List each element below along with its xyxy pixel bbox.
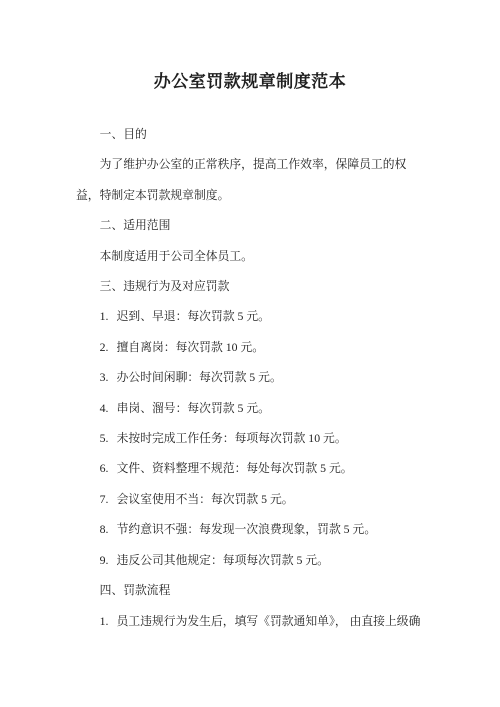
section-heading-purpose: 一、目的 [76,119,416,149]
list-item-text: 员工违规行为发生后，填写《罚款通知单》， 由直接上级确 [117,614,421,628]
list-item-number: 8. [100,514,117,544]
list-item-number: 1. [100,301,117,331]
list-item: 6.文件、资料整理不规范：每处每次罚款 5 元。 [76,453,440,483]
list-item: 4.串岗、溜号：每次罚款 5 元。 [76,393,440,423]
document-title: 办公室罚款规章制度范本 [76,67,424,97]
list-item-number: 1. [100,606,117,636]
section-heading-process: 四、罚款流程 [76,575,416,605]
list-item-number: 2. [100,332,117,362]
document-page: 办公室罚款规章制度范本 一、目的 为了维护办公室的正常秩序，提高工作效率，保障员… [0,0,500,707]
list-item-number: 6. [100,453,117,483]
document-body: 一、目的 为了维护办公室的正常秩序，提高工作效率，保障员工的权益，特制定本罚款规… [76,119,500,636]
list-item-number: 5. [100,423,117,453]
list-item: 7.会议室使用不当：每次罚款 5 元。 [76,484,440,514]
list-item-number: 7. [100,484,117,514]
list-item: 8.节约意识不强：每发现一次浪费现象，罚款 5 元。 [76,514,440,544]
list-item: 3.办公时间闲聊：每次罚款 5 元。 [76,362,440,392]
list-item-number: 3. [100,362,117,392]
list-item-number: 4. [100,393,117,423]
list-item-text: 会议室使用不当：每次罚款 5 元。 [117,492,294,506]
list-item-text: 违反公司其他规定：每项每次罚款 5 元。 [117,553,329,567]
list-item: 2.擅自离岗：每次罚款 10 元。 [76,332,440,362]
list-item: 9.违反公司其他规定：每项每次罚款 5 元。 [76,545,440,575]
list-item: 1.迟到、早退：每次罚款 5 元。 [76,301,440,331]
list-item: 5.未按时完成工作任务：每项每次罚款 10 元。 [76,423,440,453]
list-item-text: 办公时间闲聊：每次罚款 5 元。 [117,370,282,384]
list-item-text: 迟到、早退：每次罚款 5 元。 [117,309,270,323]
list-item: 1.员工违规行为发生后，填写《罚款通知单》， 由直接上级确 [76,606,440,636]
section-heading-violations: 三、违规行为及对应罚款 [76,271,416,301]
list-item-text: 串岗、溜号：每次罚款 5 元。 [117,401,270,415]
list-item-text: 擅自离岗：每次罚款 10 元。 [117,340,264,354]
list-item-text: 未按时完成工作任务：每项每次罚款 10 元。 [117,431,347,445]
paragraph-scope: 本制度适用于公司全体员工。 [76,241,416,271]
list-item-text: 文件、资料整理不规范：每处每次罚款 5 元。 [117,461,353,475]
section-heading-scope: 二、适用范围 [76,210,416,240]
paragraph-purpose: 为了维护办公室的正常秩序，提高工作效率，保障员工的权益，特制定本罚款规章制度。 [76,149,416,210]
list-item-text: 节约意识不强：每发现一次浪费现象，罚款 5 元。 [117,522,377,536]
list-item-number: 9. [100,545,117,575]
